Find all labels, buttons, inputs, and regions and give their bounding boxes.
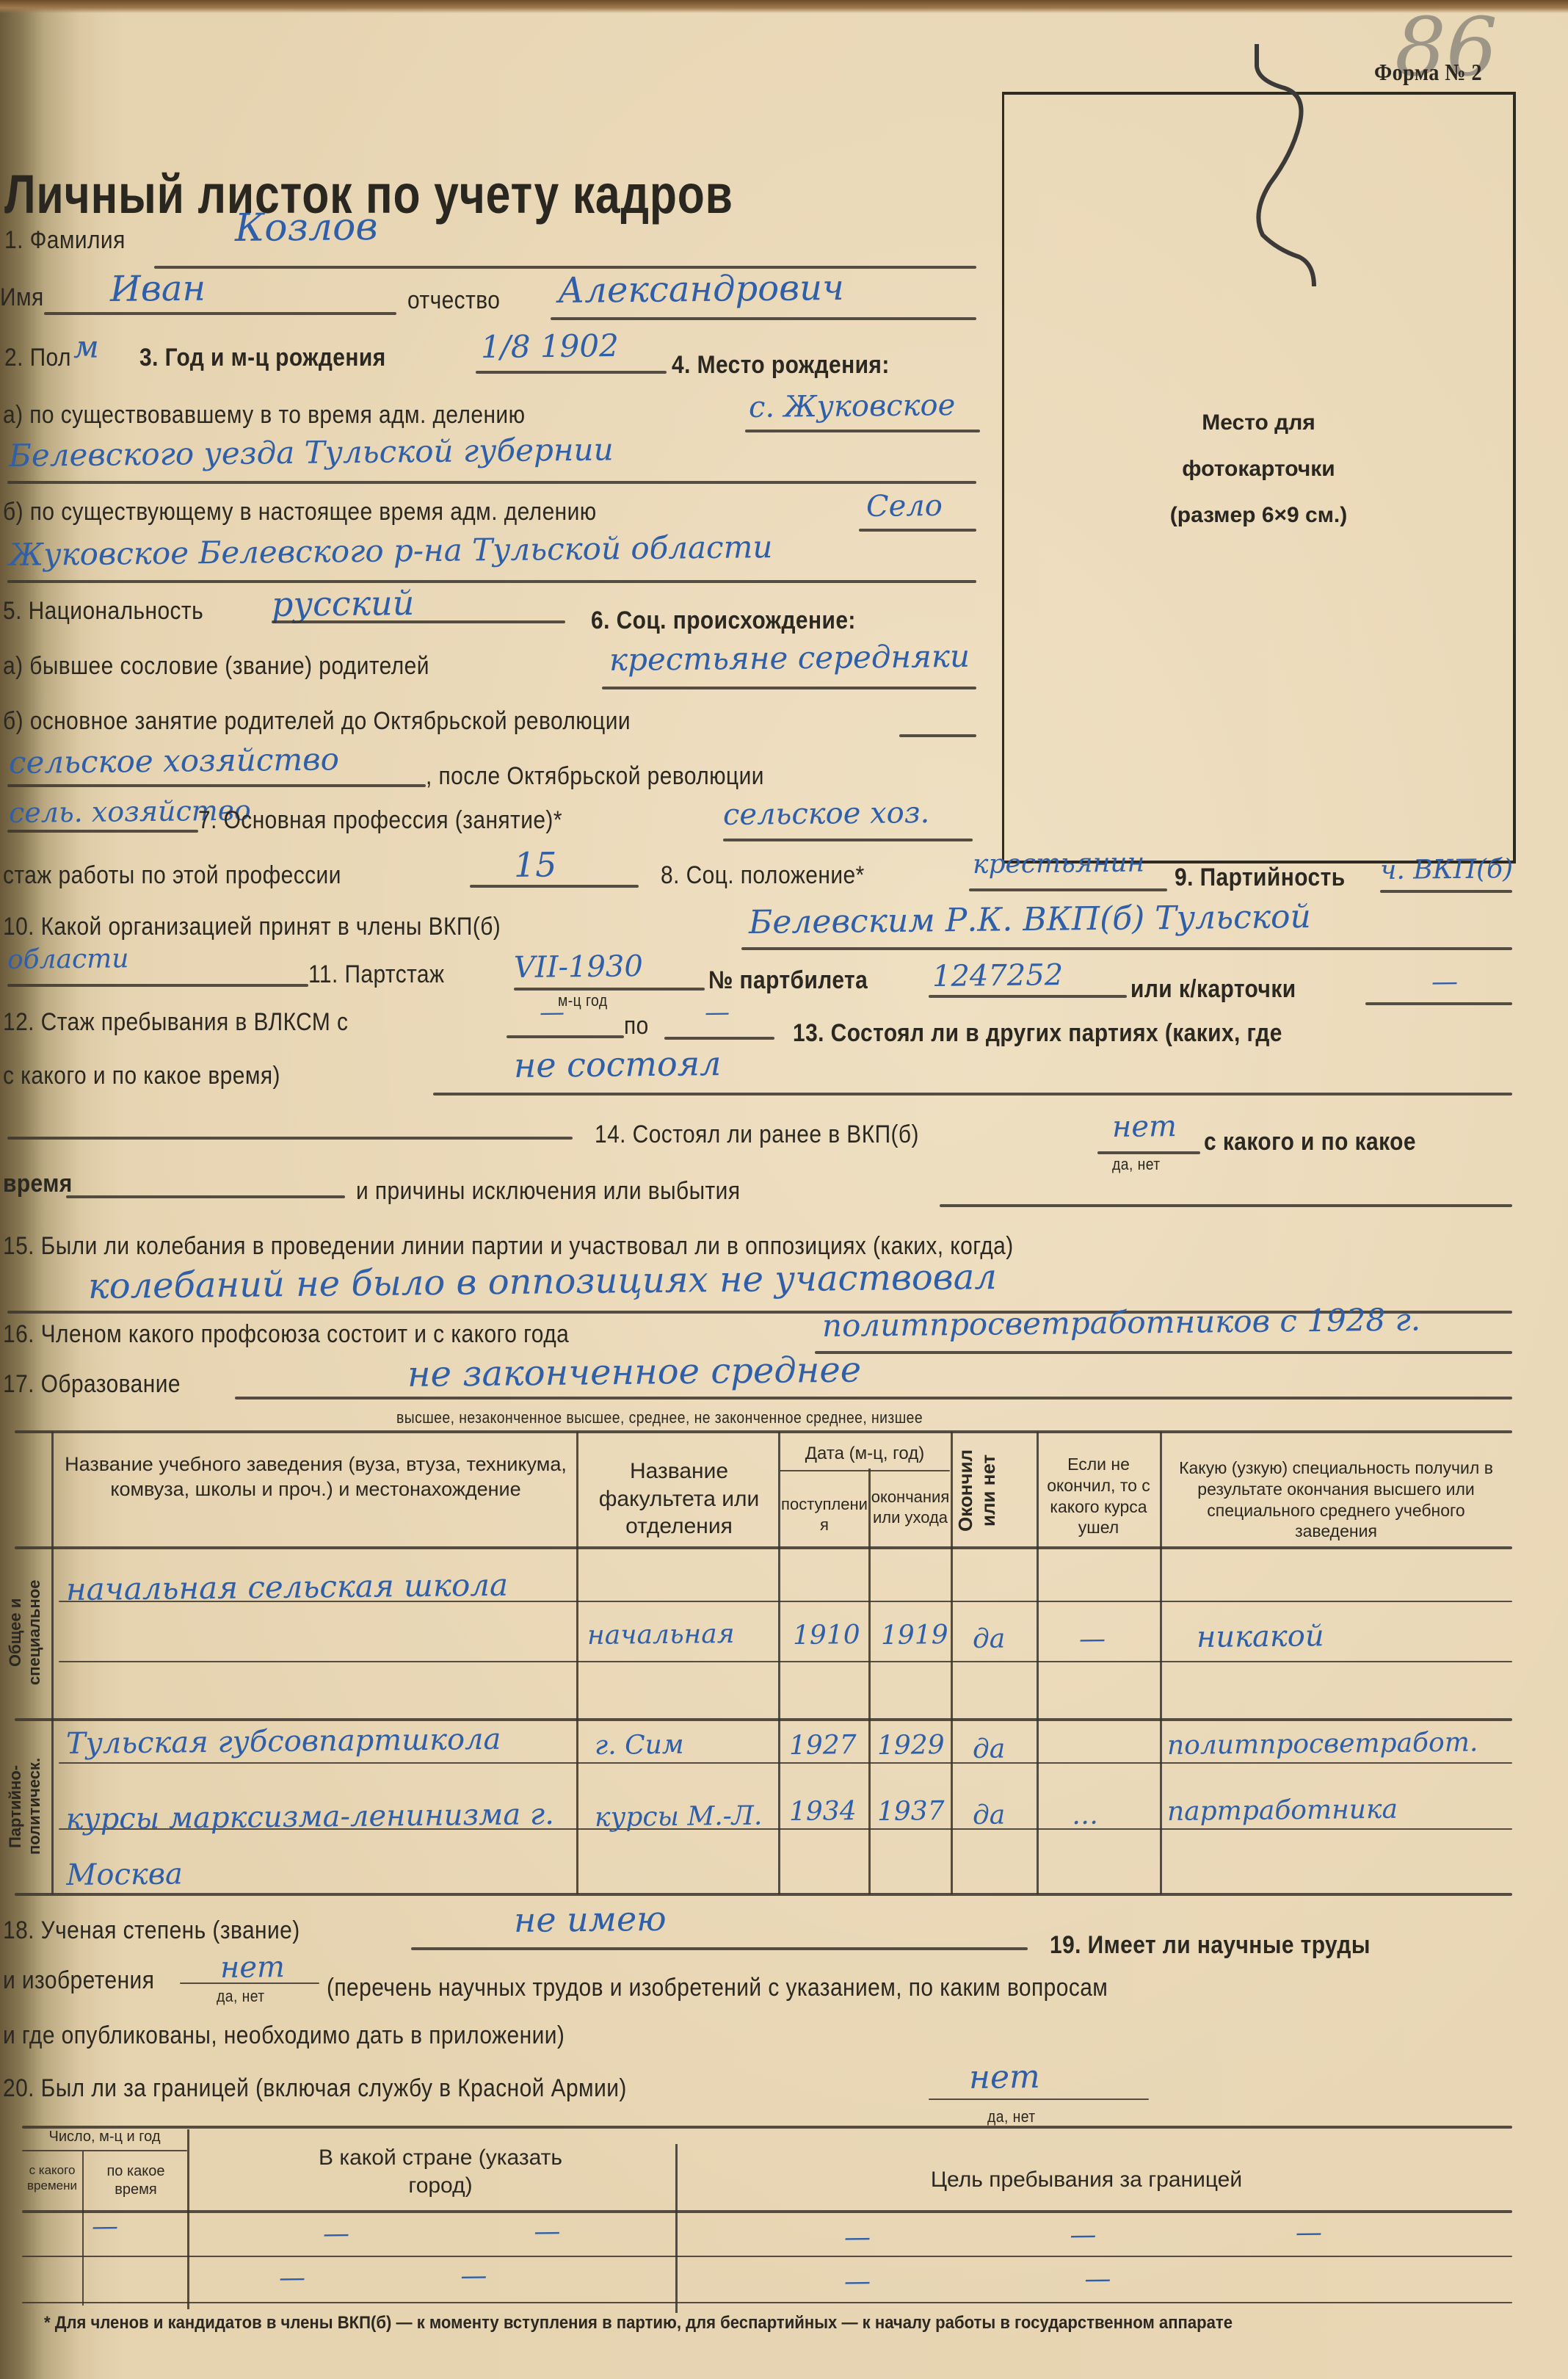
- label-social-position: 8. Соц. положение*: [661, 863, 865, 888]
- underline: [929, 995, 1127, 998]
- label-education: 17. Образование: [3, 1372, 181, 1397]
- value-birthplace-old-1[interactable]: с. Жуковское: [749, 391, 956, 422]
- cell-abroad-purpose[interactable]: — — —: [844, 2219, 1418, 2251]
- label-komsomol: 12. Стаж пребывания в ВЛКСМ с: [3, 1010, 348, 1035]
- label-patronymic: отчество: [407, 288, 500, 313]
- value-surname[interactable]: Козлов: [235, 208, 378, 247]
- value-name[interactable]: Иван: [110, 271, 206, 307]
- cell-faculty[interactable]: начальная: [587, 1621, 735, 1649]
- label-birth-date: 3. Год и м-ц рождения: [139, 345, 386, 370]
- cell-if-not[interactable]: —: [1079, 1626, 1106, 1653]
- value-komsomol-to[interactable]: —: [705, 1000, 730, 1025]
- date-subheader-line: [780, 1470, 950, 1471]
- table-header-bottom: [15, 1546, 1512, 1549]
- row-line: [22, 2302, 1512, 2303]
- cell-abroad-purpose[interactable]: — —: [844, 2265, 1214, 2295]
- underline: [664, 1037, 774, 1040]
- label-party-tenure-hint: м-ц год: [558, 993, 608, 1009]
- header-faculty: Название факультета или отделения: [584, 1458, 774, 1540]
- value-birthplace-current-1[interactable]: Село: [866, 491, 943, 521]
- underline: [235, 1397, 1512, 1399]
- photo-text-3: (размер 6×9 см.): [1004, 503, 1513, 528]
- label-other-parties-2: с какого и по какое время): [3, 1063, 280, 1088]
- header-abroad-to: по какое время: [84, 2162, 187, 2199]
- label-education-hint: высшее, незаконченное высшее, среднее, н…: [396, 1410, 923, 1426]
- header-school: Название учебного заведения (вуза, втуза…: [59, 1452, 573, 1502]
- label-parents-estate: а) бывшее сословие (звание) родителей: [3, 653, 429, 678]
- value-birthplace-current-2[interactable]: Жуковское Белевского р-на Тульской облас…: [9, 532, 773, 571]
- underline: [154, 266, 976, 269]
- underline: [929, 2099, 1149, 2100]
- underline: [180, 1982, 319, 1984]
- underline: [272, 620, 565, 623]
- label-scientific-works-hint: да, нет: [217, 1988, 265, 2005]
- underline: [1097, 1151, 1200, 1154]
- label-previous-vkpb: 14. Состоял ли ранее в ВКП(б): [595, 1122, 919, 1147]
- header-specialty: Какую (узкую) специальность получил в ре…: [1167, 1458, 1505, 1542]
- label-scientific-works: 19. Имеет ли научные труды: [1050, 1933, 1371, 1958]
- label-trade-union: 16. Членом какого профсоюза состоит и с …: [3, 1322, 569, 1347]
- footnote: * Для членов и кандидатов в члены ВКП(б)…: [44, 2313, 1233, 2333]
- form-number: Форма № 2: [1374, 60, 1482, 84]
- underline: [470, 885, 639, 888]
- header-date-out: окончания или ухода: [871, 1487, 950, 1527]
- label-birthplace: 4. Место рождения:: [672, 352, 890, 377]
- group-label-party: Партийно-политическ.: [6, 1722, 48, 1891]
- label-birthplace-old: а) по существовавшему в то время адм. де…: [3, 402, 525, 427]
- underline: [551, 317, 976, 320]
- value-party-membership[interactable]: ч. ВКП(б): [1380, 856, 1513, 884]
- underline: [7, 580, 976, 583]
- label-inventions: и изобретения: [3, 1968, 154, 1993]
- cell-if-not[interactable]: …: [1072, 1803, 1098, 1829]
- label-party-tenure: 11. Партстаж: [308, 962, 444, 987]
- value-social-position[interactable]: крестьянин: [973, 850, 1145, 878]
- col-line: [187, 2129, 189, 2309]
- header-finished: Окончил или нет: [954, 1443, 1034, 1538]
- label-birthplace-current: б) по существующему в настоящее время ад…: [3, 499, 597, 524]
- value-abroad[interactable]: нет: [969, 2061, 1040, 2094]
- underline: [7, 830, 198, 833]
- table-top-border: [22, 2126, 1512, 2129]
- value-parents-occupation-before[interactable]: сельское хозяйство: [9, 744, 339, 778]
- table-top-border: [15, 1430, 1512, 1433]
- label-candidate-card: или к/карточки: [1130, 977, 1296, 1002]
- underline: [602, 687, 976, 689]
- label-parents-occupation: б) основное занятие родителей до Октябрь…: [3, 709, 631, 734]
- cell-school[interactable]: Тульская губсовпартшкола: [66, 1725, 501, 1759]
- row-line: [59, 1661, 1512, 1662]
- label-name: Имя: [0, 285, 44, 310]
- underline: [859, 529, 976, 532]
- col-line: [868, 1469, 871, 1894]
- label-exclusion-reasons: и причины исключения или выбытия: [356, 1178, 740, 1203]
- label-works-list: (перечень научных трудов и изобретений с…: [327, 1975, 1108, 2000]
- cell-date-in[interactable]: 1910: [793, 1622, 860, 1649]
- underline: [44, 312, 396, 315]
- value-trade-union[interactable]: политпросветработников с 1928 г.: [822, 1304, 1420, 1341]
- date-subheader-line: [22, 2150, 187, 2151]
- underline: [433, 1093, 1512, 1096]
- cell-date-in[interactable]: 1934: [789, 1798, 857, 1825]
- col-line: [82, 2151, 84, 2306]
- cell-finished[interactable]: да: [973, 1626, 1006, 1653]
- cell-abroad-country[interactable]: — —: [279, 2262, 561, 2292]
- underline: [66, 1195, 345, 1198]
- header-abroad-country: В какой стране (указать город): [294, 2144, 587, 2199]
- cell-school[interactable]: курсы марксизма-ленинизма г. Москва: [65, 1786, 566, 1903]
- photo-text-1: Место для: [1004, 410, 1513, 435]
- cell-specialty[interactable]: политпросветработ.: [1167, 1730, 1478, 1759]
- cell-finished[interactable]: да: [973, 1803, 1006, 1829]
- underline: [7, 1137, 573, 1140]
- cell-date-out[interactable]: 1919: [881, 1622, 948, 1649]
- row-line: [22, 2256, 1512, 2257]
- col-line: [1160, 1432, 1162, 1894]
- cell-specialty[interactable]: партработника: [1167, 1797, 1398, 1825]
- group-label-general: Общее и специальное: [6, 1549, 48, 1715]
- label-previous-vkpb-hint: да, нет: [1112, 1156, 1161, 1173]
- cell-abroad-country[interactable]: — —: [323, 2217, 649, 2248]
- header-date: Дата (м-ц, год): [780, 1443, 950, 1465]
- label-works-list-2: и где опубликованы, необходимо дать в пр…: [3, 2023, 565, 2048]
- label-other-parties: 13. Состоял ли в других партиях (каких, …: [793, 1021, 1282, 1046]
- label-previous-vkpb-3: время: [3, 1171, 73, 1196]
- label-academic-degree: 18. Ученая степень (звание): [3, 1918, 300, 1943]
- underline: [940, 1204, 1512, 1207]
- value-birthplace-old-2[interactable]: Белевского уезда Тульской губернии: [9, 434, 614, 471]
- label-abroad-hint: да, нет: [987, 2109, 1036, 2125]
- header-abroad-purpose: Цель пребывания за границей: [807, 2166, 1365, 2194]
- value-work-experience[interactable]: 15: [514, 847, 557, 882]
- cell-faculty[interactable]: г. Сим: [595, 1732, 684, 1759]
- table-group-divider: [15, 1718, 1512, 1721]
- underline: [7, 984, 308, 987]
- row-line: [59, 1762, 1512, 1764]
- underline: [1365, 1002, 1512, 1005]
- label-party-membership: 9. Партийность: [1175, 865, 1346, 890]
- underline: [723, 839, 973, 841]
- value-education[interactable]: не законченное среднее: [407, 1353, 862, 1392]
- label-hesitations: 15. Были ли колебания в проведении линии…: [3, 1234, 1014, 1259]
- value-previous-vkpb[interactable]: нет: [1112, 1112, 1177, 1142]
- label-profession: 7. Основная профессия (занятие)*: [198, 808, 562, 833]
- value-komsomol-from[interactable]: —: [540, 1000, 565, 1025]
- col-line: [951, 1432, 953, 1894]
- underline: [741, 947, 1512, 950]
- col-line: [576, 1432, 578, 1894]
- table-header-bottom: [22, 2210, 1512, 2213]
- value-party-card-number[interactable]: 1247252: [932, 960, 1064, 991]
- underline: [745, 430, 980, 432]
- value-hesitations[interactable]: колебаний не было в оппозициях не участв…: [88, 1259, 997, 1304]
- label-previous-vkpb-2: с какого и по какое: [1204, 1129, 1416, 1154]
- cell-date-out[interactable]: 1937: [877, 1798, 945, 1825]
- underline: [969, 888, 1167, 891]
- col-line: [778, 1432, 780, 1894]
- underline: [411, 1947, 1028, 1950]
- value-birth-date[interactable]: 1/8 1902: [481, 330, 619, 363]
- header-date-in: поступления: [781, 1494, 868, 1535]
- label-nationality: 5. Национальность: [3, 598, 203, 623]
- page-top-edge: [0, 0, 1568, 13]
- underline: [476, 371, 667, 374]
- underline: [899, 734, 976, 737]
- col-line: [51, 1432, 54, 1894]
- value-other-parties[interactable]: не состоял: [514, 1046, 722, 1082]
- cell-abroad-to[interactable]: —: [92, 2214, 118, 2240]
- value-patronymic[interactable]: Александрович: [558, 270, 844, 308]
- value-admitting-organization-2[interactable]: области: [7, 946, 129, 974]
- header-abroad-date: Число, м-ц и год: [22, 2128, 187, 2146]
- value-parents-estate[interactable]: крестьяне середняки: [609, 641, 970, 676]
- cell-date-out[interactable]: 1929: [877, 1732, 945, 1759]
- cell-finished[interactable]: да: [973, 1737, 1006, 1763]
- label-admitting-organization: 10. Какой организацией принят в члены ВК…: [3, 914, 501, 939]
- col-line: [675, 2144, 678, 2313]
- value-academic-degree[interactable]: не имею: [514, 1902, 667, 1937]
- underline: [507, 1035, 624, 1038]
- pencil-squiggle-mark: [1248, 44, 1336, 286]
- underline: [1380, 890, 1512, 893]
- value-profession[interactable]: сельское хоз.: [723, 798, 930, 830]
- cell-date-in[interactable]: 1927: [789, 1732, 857, 1759]
- label-work-experience: стаж работы по этой профессии: [3, 863, 341, 888]
- header-if-not-finished: Если не окончил, то с какого курса ушел: [1039, 1454, 1158, 1538]
- underline: [514, 988, 705, 991]
- label-surname: 1. Фамилия: [4, 228, 126, 253]
- label-party-card: № партбилета: [708, 968, 868, 993]
- underline: [815, 1351, 1512, 1354]
- value-nationality[interactable]: русский: [272, 586, 415, 621]
- value-sex[interactable]: м: [73, 332, 99, 363]
- cell-faculty[interactable]: курсы М.-Л.: [595, 1789, 772, 1844]
- label-abroad: 20. Был ли за границей (включая службу в…: [3, 2076, 627, 2101]
- label-after-revolution: , после Октябрьской революции: [426, 764, 764, 789]
- underline: [7, 784, 426, 787]
- cell-school[interactable]: начальная сельская школа: [66, 1555, 537, 1618]
- value-admitting-organization-1[interactable]: Белевским Р.К. ВКП(б) Тульской: [749, 901, 1311, 939]
- underline: [7, 481, 976, 484]
- label-social-origin: 6. Соц. происхождение:: [591, 608, 856, 633]
- label-komsomol-to: по: [624, 1013, 649, 1038]
- label-sex: 2. Пол: [4, 345, 71, 370]
- photo-text-2: фотокарточки: [1004, 457, 1513, 482]
- cell-specialty[interactable]: никакой: [1197, 1621, 1324, 1652]
- value-candidate-card[interactable]: —: [1431, 969, 1458, 996]
- value-scientific-works[interactable]: нет: [220, 1952, 285, 1982]
- value-party-tenure[interactable]: VII-1930: [514, 952, 643, 982]
- header-abroad-from: с какого времени: [22, 2162, 82, 2194]
